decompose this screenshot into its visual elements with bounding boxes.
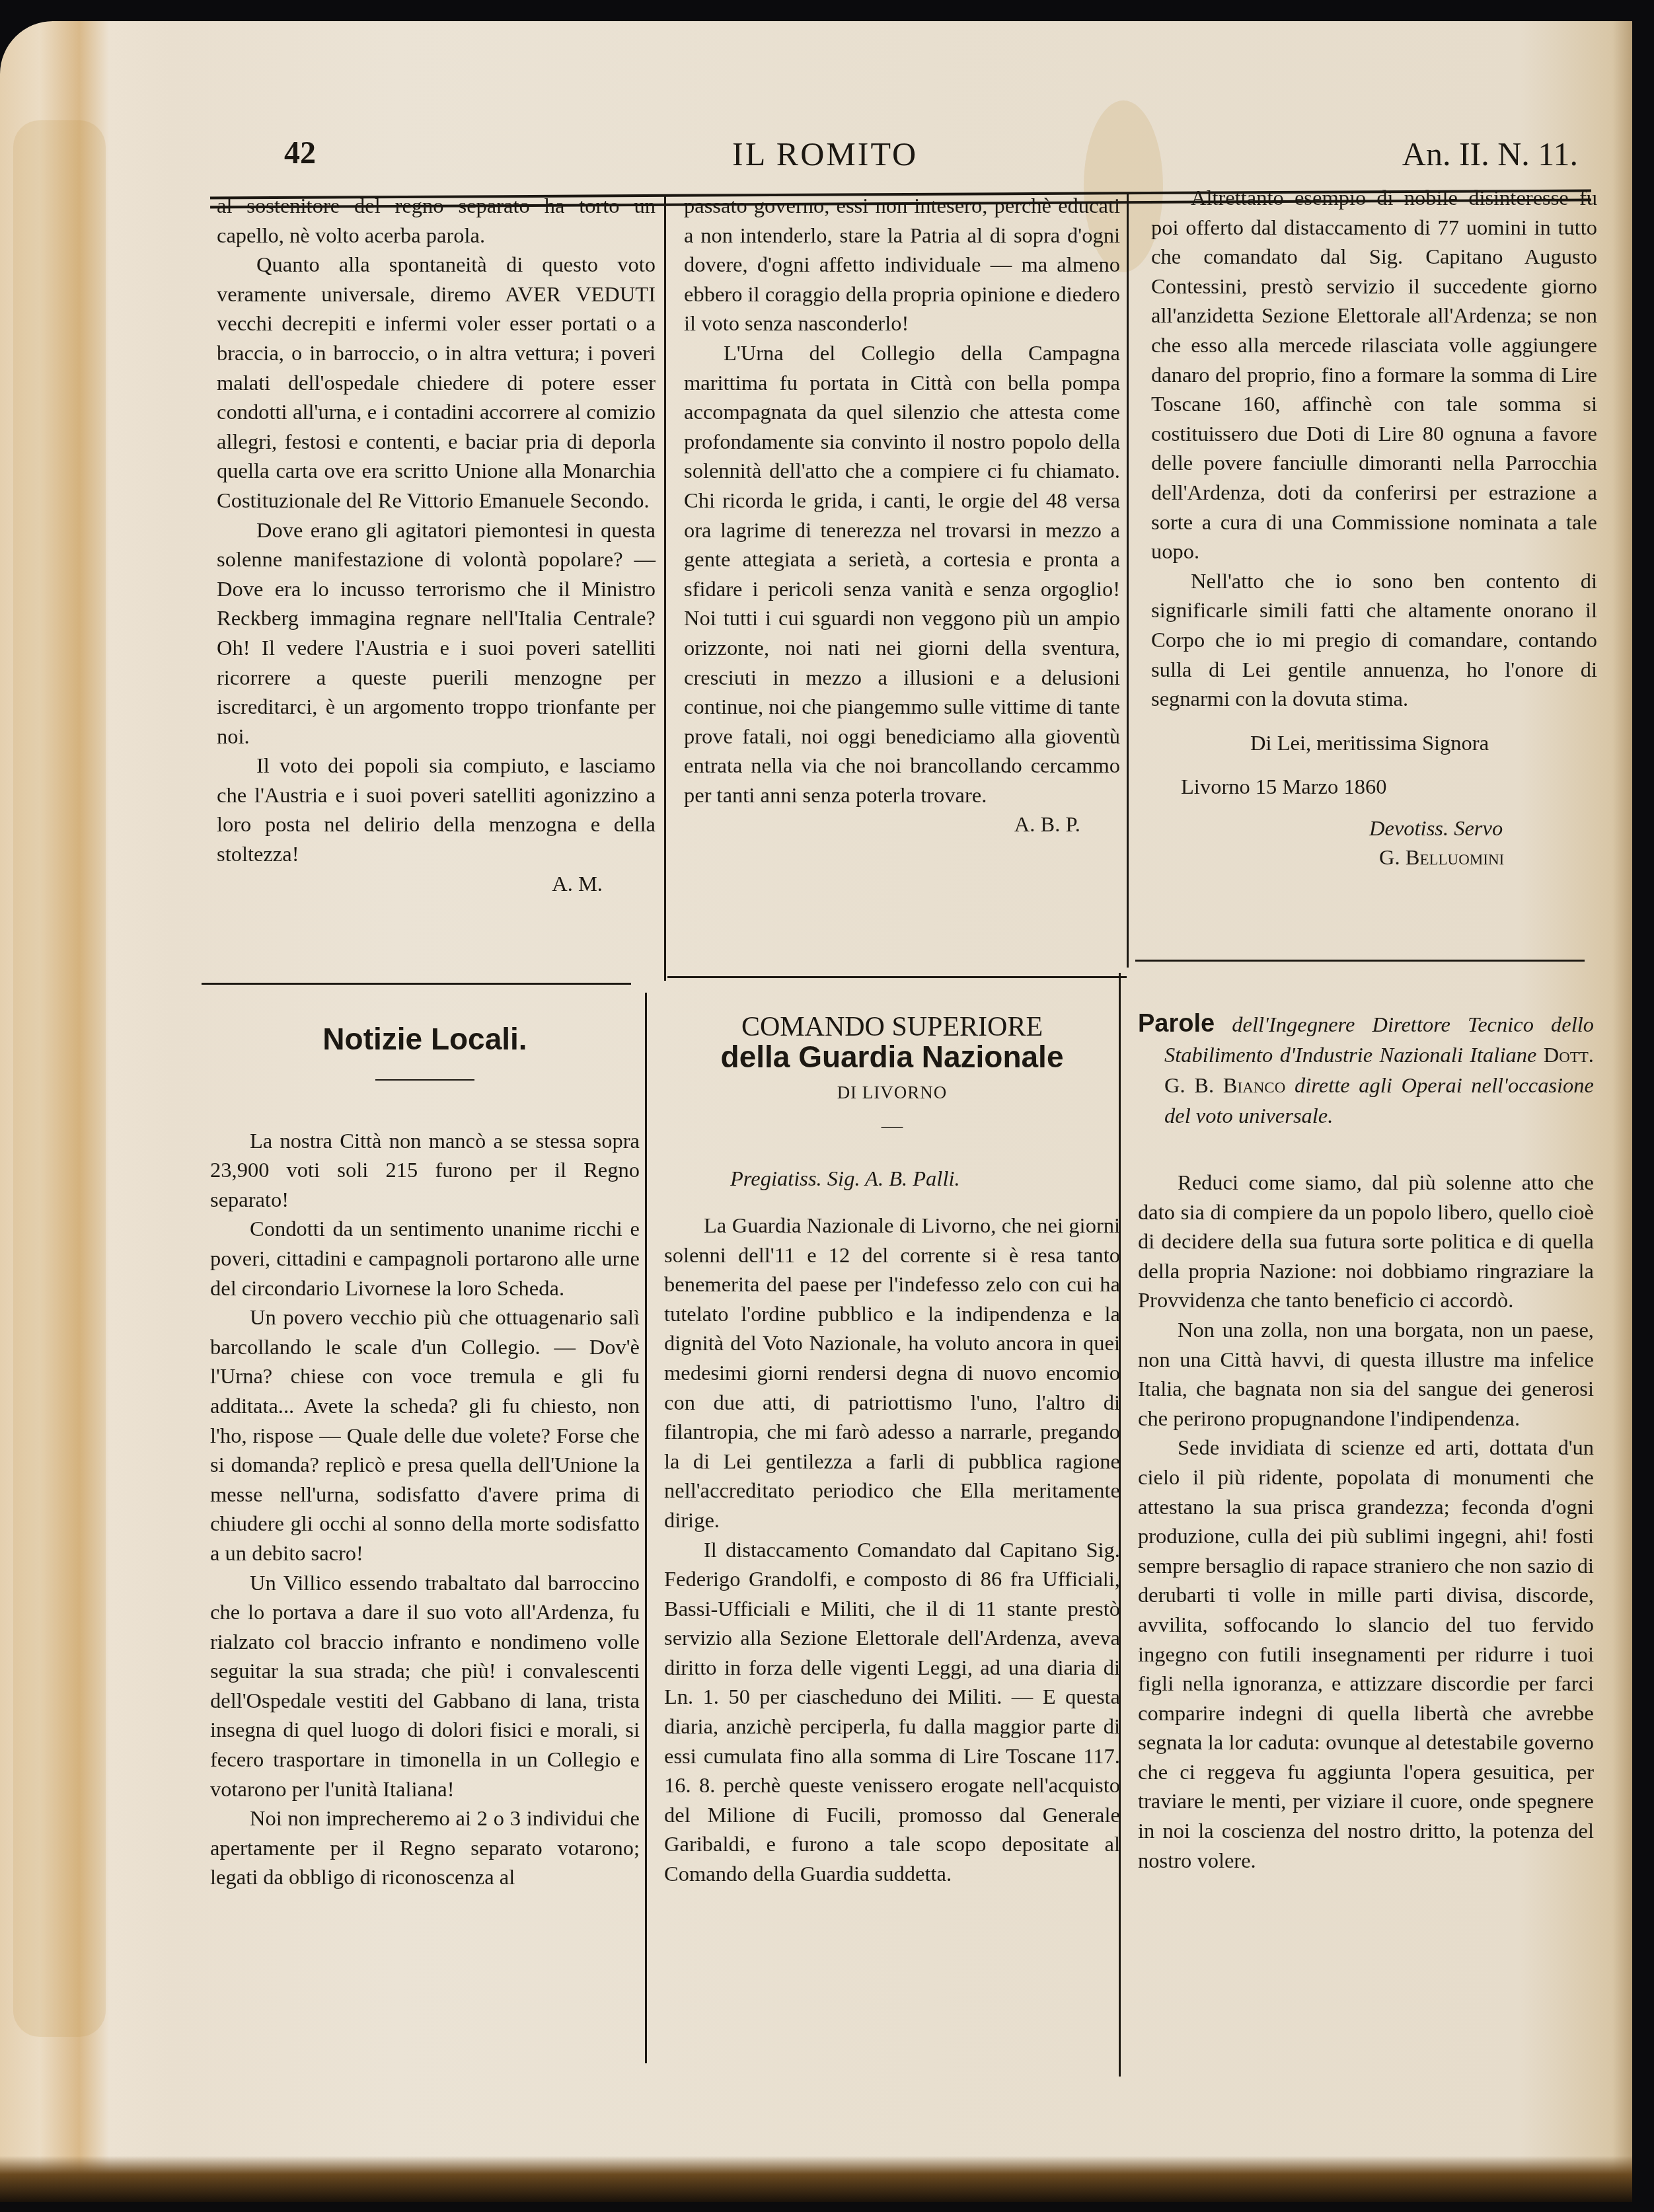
paragraph: L'Urna del Collegio della Campagna marit… <box>684 339 1120 811</box>
section-rule <box>1135 960 1585 962</box>
paragraph: Noi non imprecheremo ai 2 o 3 individui … <box>210 1804 640 1893</box>
article-top-right: Altrettanto esempio di nobile disinteres… <box>1151 184 1597 873</box>
section-title-line3: DI LIVORNO <box>664 1078 1120 1108</box>
closing: Di Lei, meritissima Signora <box>1151 729 1597 759</box>
paragraph: La Guardia Nazionale di Livorno, che nei… <box>664 1211 1120 1536</box>
column-divider <box>664 194 666 981</box>
paragraph: Altrettanto esempio di nobile disinteres… <box>1151 184 1597 567</box>
paragraph: Non una zolla, non una borgata, non un p… <box>1138 1316 1594 1433</box>
page-header: 42 IL ROMITO An. II. N. 11. <box>210 135 1591 181</box>
section-rule <box>202 983 631 985</box>
column-divider <box>645 993 647 2063</box>
paragraph: Il distaccamento Comandato dal Capitano … <box>664 1536 1120 1889</box>
spacer <box>1138 1131 1594 1168</box>
valediction: Devotiss. Servo <box>1151 814 1597 844</box>
signature: A. B. P. <box>684 810 1120 840</box>
separator: — <box>664 1112 1120 1141</box>
article-notizie-locali: Notizie Locali. La nostra Città non manc… <box>210 1024 640 1893</box>
masthead: IL ROMITO <box>732 135 918 173</box>
paragraph: Il voto dei popoli sia compiuto, e lasci… <box>217 751 656 869</box>
paragraph: Un Villico essendo trabaltato dal barroc… <box>210 1569 640 1805</box>
issue-number: An. II. N. 11. <box>1402 135 1578 173</box>
headline-italic: dell'Ingegnere Direttore Tecnico dello S… <box>1164 1013 1594 1067</box>
dateline: Livorno 15 Marzo 1860 <box>1151 773 1597 802</box>
paragraph: Condotti da un sentimento unanime ricchi… <box>210 1215 640 1303</box>
paragraph: al sostenitore del regno separato ha tor… <box>217 192 656 250</box>
newspaper-page: 42 IL ROMITO An. II. N. 11. al sostenito… <box>0 21 1632 2202</box>
signature: A. M. <box>217 870 656 899</box>
paragraph: Dove erano gli agitatori piemontesi in q… <box>217 516 656 752</box>
paragraph: Nell'atto che io sono ben contento di si… <box>1151 567 1597 714</box>
article-guardia-nazionale: COMANDO SUPERIORE della Guardia Nazional… <box>664 1012 1120 1889</box>
edge-stain <box>13 120 106 2037</box>
paragraph: Reduci come siamo, dal più solenne atto … <box>1138 1168 1594 1316</box>
paragraph: passato governo, essi non intesero, perc… <box>684 192 1120 339</box>
column-divider <box>1127 194 1129 968</box>
section-title-line2: della Guardia Nazionale <box>664 1042 1120 1072</box>
paragraph: Quanto alla spontaneità di questo voto v… <box>217 250 656 515</box>
paragraph: La nostra Città non mancò a se stessa so… <box>210 1127 640 1215</box>
section-rule <box>667 976 1127 978</box>
article-top-left: al sostenitore del regno separato ha tor… <box>217 192 656 899</box>
section-title: Notizie Locali. <box>210 1024 640 1054</box>
paragraph: Un povero vecchio più che ottuagenario s… <box>210 1303 640 1568</box>
title-rule <box>375 1079 474 1081</box>
salutation: Pregiatiss. Sig. A. B. Palli. <box>730 1164 1120 1194</box>
page-number: 42 <box>284 135 316 171</box>
section-title-line1: COMANDO SUPERIORE <box>664 1012 1120 1042</box>
paragraph: Sede invidiata di scienze ed arti, dotta… <box>1138 1433 1594 1876</box>
signature: G. Belluomini <box>1151 843 1597 873</box>
headline-bold: Parole <box>1138 1010 1215 1038</box>
article-headline: Parole dell'Ingegnere Direttore Tecnico … <box>1138 1009 1594 1131</box>
article-parole: Parole dell'Ingegnere Direttore Tecnico … <box>1138 1009 1594 1876</box>
article-top-middle: passato governo, essi non intesero, perc… <box>684 192 1120 840</box>
